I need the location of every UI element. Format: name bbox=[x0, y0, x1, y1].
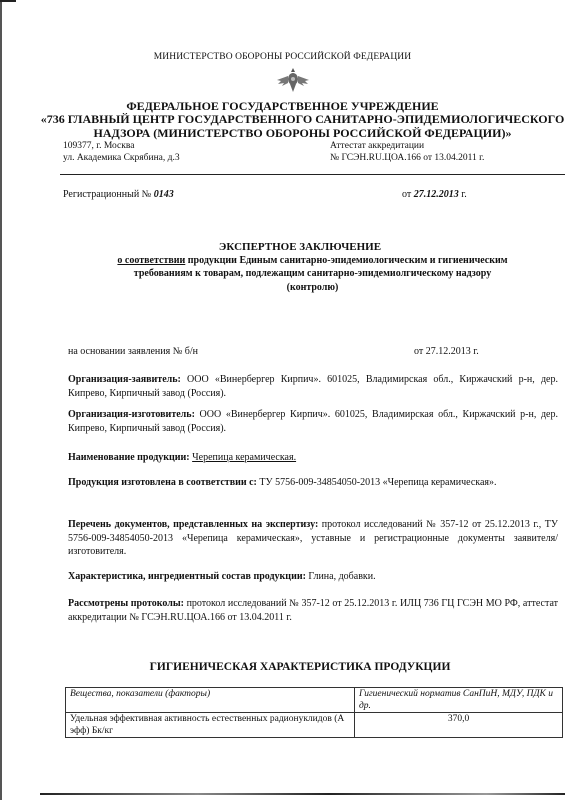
accreditation: Аттестат аккредитации № ГСЭН.RU.ЦОА.166 … bbox=[330, 140, 484, 164]
field-manufacturer: Организация-изготовитель: ООО «Винерберг… bbox=[68, 408, 558, 435]
subtitle-underlined: о соответствии bbox=[117, 255, 185, 266]
registration-label: Регистрационный № bbox=[63, 189, 151, 200]
date-suffix: г. bbox=[461, 189, 466, 200]
field-label: Рассмотрены протоколы: bbox=[68, 598, 184, 609]
subtitle-line-2: требованиям к товарам, подлежащим санита… bbox=[60, 267, 565, 280]
cell-factor: Удельная эффективная активность естестве… bbox=[66, 713, 355, 738]
address-line-1: 109377, г. Москва bbox=[63, 140, 180, 152]
scan-bottom-edge bbox=[40, 793, 565, 795]
registration-value: 0143 bbox=[154, 189, 174, 200]
registration-number: Регистрационный № 0143 bbox=[63, 189, 174, 200]
field-label: Продукция изготовлена в соответствии с: bbox=[68, 477, 257, 488]
header-cell-norm: Гигиенический норматив СанПиН, МДУ, ПДК … bbox=[355, 688, 563, 713]
header-cell-factors: Вещества, показатели (факторы) bbox=[66, 688, 355, 713]
field-applicant: Организация-заявитель: ООО «Винербергер … bbox=[68, 373, 558, 400]
field-documents-list: Перечень документов, представленных на э… bbox=[68, 518, 558, 559]
org-line-1: ФЕДЕРАЛЬНОЕ ГОСУДАРСТВЕННОЕ УЧРЕЖДЕНИЕ bbox=[0, 100, 565, 113]
field-manufactured-according: Продукция изготовлена в соответствии с: … bbox=[68, 476, 558, 490]
field-product-name: Наименование продукции: Черепица керамич… bbox=[68, 451, 558, 465]
basis-statement: на основании заявления № б/н bbox=[68, 346, 198, 357]
field-label: Наименование продукции: bbox=[68, 452, 190, 463]
field-value: Черепица керамическая. bbox=[192, 452, 296, 463]
field-protocols: Рассмотрены протоколы: протокол исследов… bbox=[68, 597, 558, 624]
field-value: ТУ 5756-009-34854050-2013 «Черепица кера… bbox=[257, 477, 497, 488]
registration-date-value: 27.12.2013 bbox=[414, 189, 459, 200]
registration-date: от 27.12.2013 г. bbox=[402, 189, 467, 200]
date-prefix: от bbox=[402, 189, 411, 200]
field-label: Характеристика, ингредиентный состав про… bbox=[68, 571, 306, 582]
address: 109377, г. Москва ул. Академика Скрябина… bbox=[63, 140, 180, 164]
double-headed-eagle-emblem-icon bbox=[276, 67, 310, 93]
ministry-heading: МИНИСТЕРСТВО ОБОРОНЫ РОССИЙСКОЙ ФЕДЕРАЦИ… bbox=[0, 52, 565, 62]
cell-norm-value: 370,0 bbox=[355, 713, 563, 738]
conclusion-subtitle: о соответствии продукции Единым санитарн… bbox=[60, 254, 565, 294]
conclusion-title: ЭКСПЕРТНОЕ ЗАКЛЮЧЕНИЕ bbox=[0, 241, 565, 253]
accreditation-line-1: Аттестат аккредитации bbox=[330, 140, 484, 152]
table-header-row: Вещества, показатели (факторы) Гигиениче… bbox=[66, 688, 563, 713]
field-label: Организация-заявитель: bbox=[68, 374, 181, 385]
org-line-2: «736 ГЛАВНЫЙ ЦЕНТР ГОСУДАРСТВЕННОГО САНИ… bbox=[40, 113, 565, 126]
hygiene-section-title: ГИГИЕНИЧЕСКАЯ ХАРАКТЕРИСТИКА ПРОДУКЦИИ bbox=[0, 661, 565, 673]
field-label: Организация-изготовитель: bbox=[68, 409, 195, 420]
field-composition: Характеристика, ингредиентный состав про… bbox=[68, 570, 558, 584]
subtitle-rest: продукции Единым санитарно-эпидемиологич… bbox=[185, 255, 507, 266]
table-row: Удельная эффективная активность естестве… bbox=[66, 713, 563, 738]
basis-date: от 27.12.2013 г. bbox=[414, 346, 479, 357]
address-line-2: ул. Академика Скрябина, д.3 bbox=[63, 152, 180, 164]
field-value: Глина, добавки. bbox=[306, 571, 376, 582]
scan-corner bbox=[0, 0, 16, 2]
header-divider bbox=[60, 174, 565, 175]
org-line-3: НАДЗОРА (МИНИСТЕРСТВО ОБОРОНЫ РОССИЙСКОЙ… bbox=[40, 127, 565, 140]
subtitle-line-3: (контролю) bbox=[60, 281, 565, 294]
organization-name: ФЕДЕРАЛЬНОЕ ГОСУДАРСТВЕННОЕ УЧРЕЖДЕНИЕ «… bbox=[0, 100, 565, 140]
field-label: Перечень документов, представленных на э… bbox=[68, 519, 318, 530]
hygiene-table: Вещества, показатели (факторы) Гигиениче… bbox=[65, 687, 563, 738]
accreditation-line-2: № ГСЭН.RU.ЦОА.166 от 13.04.2011 г. bbox=[330, 152, 484, 164]
